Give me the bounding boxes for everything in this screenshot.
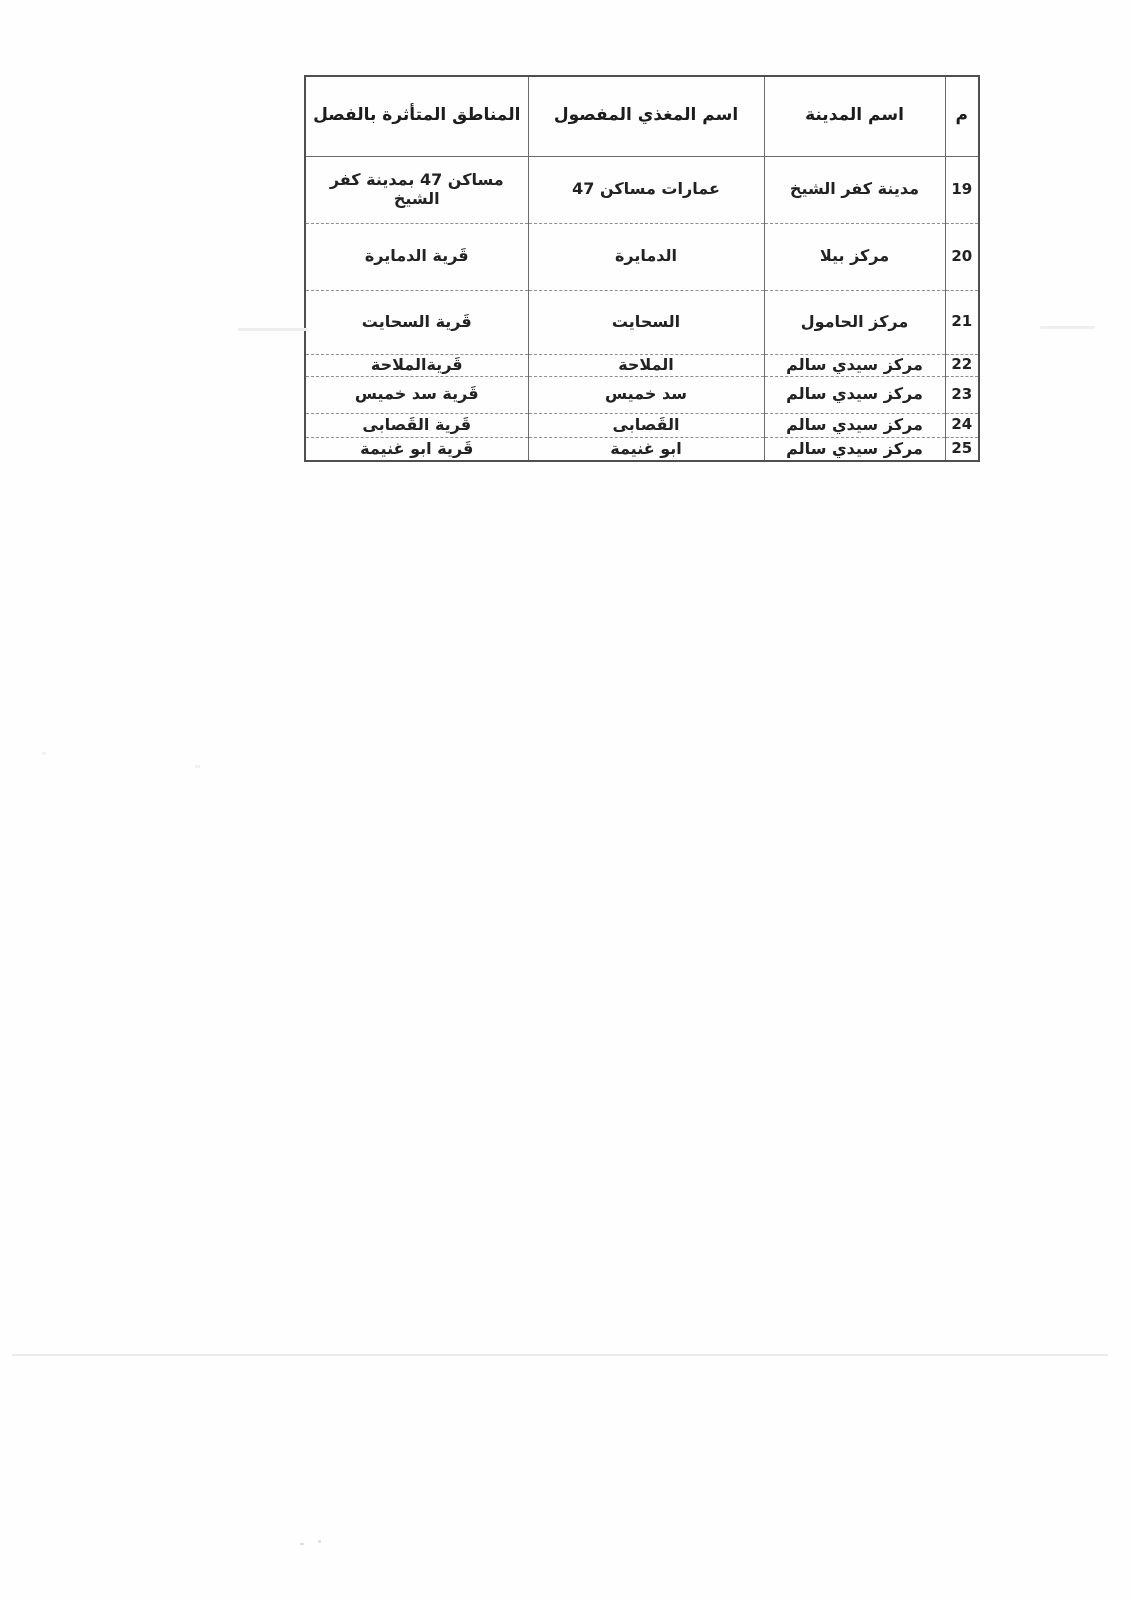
table-row: 21 مركز الحامول السحايت قَرية السحايت: [305, 290, 979, 354]
row-number: 24: [945, 413, 979, 437]
scan-artifact-line: [12, 1354, 1108, 1356]
city-cell: مركز الحامول: [764, 290, 945, 354]
row-number: 19: [945, 156, 979, 223]
city-cell: مركز سيدي سالم: [764, 354, 945, 376]
feeder-cell: سد خميس: [528, 376, 764, 413]
areas-cell: قَرية ابو غنيمة: [305, 437, 528, 461]
feeder-cell: القَصابى: [528, 413, 764, 437]
table-row: 20 مركز بيلا الدمايرة قَرية الدمايرة: [305, 223, 979, 290]
table-header-row: م اسم المدينة اسم المغذي المفصول المناطق…: [305, 76, 979, 156]
column-header-feeder: اسم المغذي المفصول: [528, 76, 764, 156]
areas-cell: قَرية السحايت: [305, 290, 528, 354]
city-cell: مركز سيدي سالم: [764, 413, 945, 437]
row-number: 20: [945, 223, 979, 290]
city-cell: مركز بيلا: [764, 223, 945, 290]
city-cell: مدينة كفر الشيخ: [764, 156, 945, 223]
city-cell: مركز سيدي سالم: [764, 437, 945, 461]
scan-speck: [195, 765, 200, 768]
column-header-number: م: [945, 76, 979, 156]
areas-cell: قَريةالملاحة: [305, 354, 528, 376]
scan-smudge: [1040, 326, 1095, 329]
column-header-city: اسم المدينة: [764, 76, 945, 156]
feeder-cell: السحايت: [528, 290, 764, 354]
feeder-cell: عمارات مساكن 47: [528, 156, 764, 223]
table-row: 25 مركز سيدي سالم ابو غنيمة قَرية ابو غن…: [305, 437, 979, 461]
table-row: 24 مركز سيدي سالم القَصابى قَرية القَصاب…: [305, 413, 979, 437]
city-cell: مركز سيدي سالم: [764, 376, 945, 413]
scan-speck: [318, 1540, 321, 1543]
areas-cell: قَرية سد خميس: [305, 376, 528, 413]
areas-cell: مساكن 47 بمدينة كفر الشيخ: [305, 156, 528, 223]
table-row: 19 مدينة كفر الشيخ عمارات مساكن 47 مساكن…: [305, 156, 979, 223]
row-number: 21: [945, 290, 979, 354]
scanned-page: م اسم المدينة اسم المغذي المفصول المناطق…: [0, 0, 1131, 1600]
affected-areas-table: م اسم المدينة اسم المغذي المفصول المناطق…: [304, 75, 980, 462]
column-header-areas: المناطق المتأثرة بالفصل: [305, 76, 528, 156]
areas-cell: قَرية الدمايرة: [305, 223, 528, 290]
row-number: 22: [945, 354, 979, 376]
feeder-cell: الدمايرة: [528, 223, 764, 290]
feeder-cell: الملاحة: [528, 354, 764, 376]
scan-speck: [42, 752, 46, 755]
scan-smudge: [238, 328, 308, 331]
row-number: 25: [945, 437, 979, 461]
scan-speck: [300, 1543, 304, 1545]
areas-cell: قَرية القَصابى: [305, 413, 528, 437]
row-number: 23: [945, 376, 979, 413]
table-row: 22 مركز سيدي سالم الملاحة قَريةالملاحة: [305, 354, 979, 376]
feeder-cell: ابو غنيمة: [528, 437, 764, 461]
table-row: 23 مركز سيدي سالم سد خميس قَرية سد خميس: [305, 376, 979, 413]
